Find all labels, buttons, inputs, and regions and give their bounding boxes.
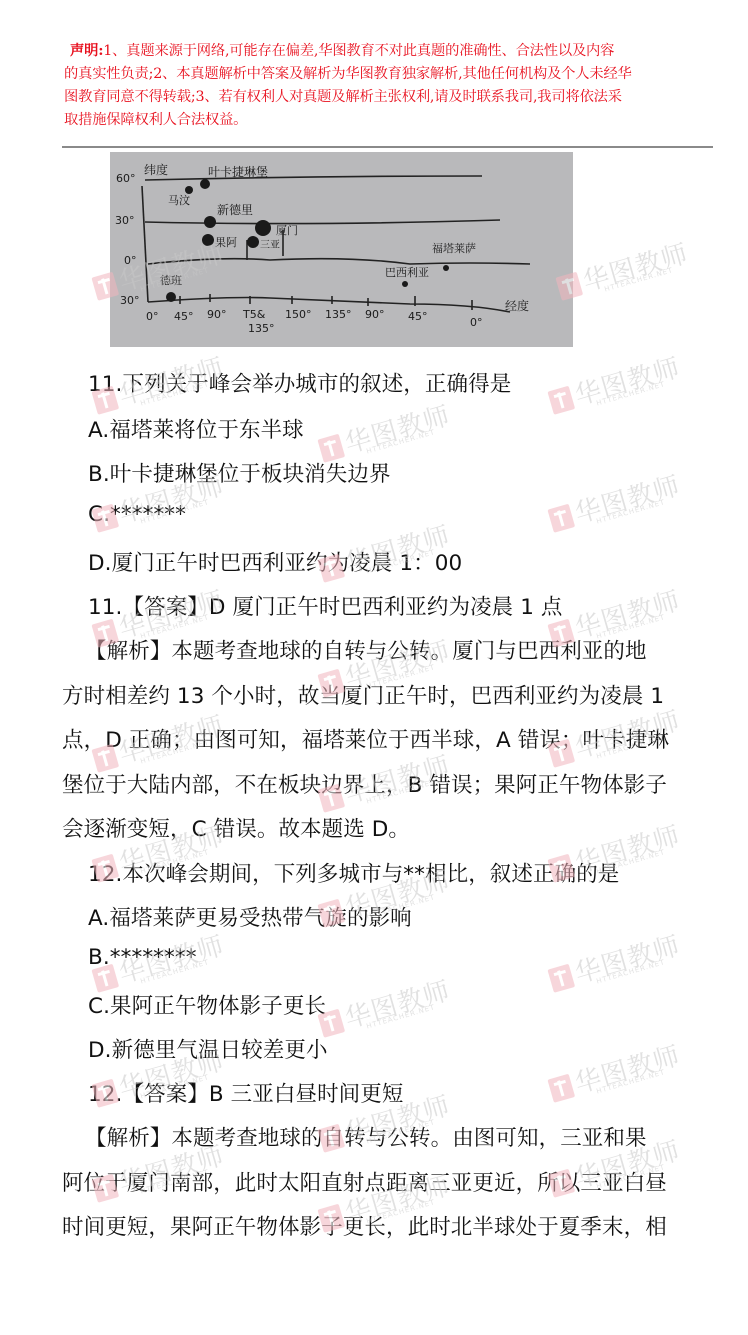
q12-option-c: C.果阿正午物体影子更长	[88, 989, 326, 1020]
svg-text:T5&: T5&	[242, 308, 266, 321]
q11-option-b: B.叶卡捷琳堡位于板块消失边界	[88, 457, 391, 488]
svg-text:经度: 经度	[505, 298, 529, 313]
q11-option-d: D.厦门正午时巴西利亚约为凌晨 1：00	[88, 546, 462, 577]
watermark: 华图教师HTTEACHER.NET	[545, 922, 692, 1003]
watermark: 华图教师HTTEACHER.NET	[545, 1032, 692, 1113]
watermark-logo-icon	[547, 964, 575, 993]
svg-text:纬度: 纬度	[144, 162, 168, 177]
q12-answer: 12.【答案】B 三亚白昼时间更短	[88, 1077, 403, 1108]
q12-option-b: B.********	[88, 945, 197, 970]
svg-text:果阿: 果阿	[215, 236, 237, 249]
diagram-svg: 60° 30° 0° 30° 纬度 经度 叶卡捷琳堡 马汶 新德里 厦门 果阿 …	[110, 152, 573, 347]
disclaimer-line-2: 的真实性负责;2、本真题解析中答案及解析为华图教育独家解析,其他任何机构及个人未…	[64, 63, 714, 86]
svg-text:厦门: 厦门	[276, 223, 298, 237]
q12-analysis-line: 【解析】本题考查地球的自转与公转。由图可知，三亚和果	[85, 1121, 737, 1152]
q11-analysis-line: 【解析】本题考查地球的自转与公转。厦门与巴西利亚的地	[85, 634, 737, 665]
svg-text:0°: 0°	[124, 254, 137, 267]
q11-option-a: A.福塔莱将位于东半球	[88, 413, 304, 444]
q12-option-a: A.福塔莱萨更易受热带气旋的影响	[88, 901, 412, 932]
watermark: 华图教师HTTEACHER.NET	[315, 967, 462, 1048]
watermark: 华图教师HTTEACHER.NET	[545, 462, 692, 543]
svg-text:新德里: 新德里	[217, 203, 253, 217]
q11-analysis-line: 方时相差约 13 个小时，故当厦门正午时，巴西利亚约为凌晨 1	[62, 679, 714, 710]
svg-text:叶卡捷琳堡: 叶卡捷琳堡	[208, 164, 268, 179]
watermark: 华图教师HTTEACHER.NET	[545, 344, 692, 425]
disclaimer-line-4: 取措施保障权利人合法权益。	[64, 109, 714, 132]
svg-text:30°: 30°	[115, 214, 135, 227]
watermark: 华图教师HTTEACHER.NET	[553, 230, 700, 311]
svg-text:150°: 150°	[285, 308, 312, 321]
q12-stem: 12.本次峰会期间，下列多城市与**相比，叙述正确的是	[88, 857, 619, 888]
q11-stem: 11.下列关于峰会举办城市的叙述，正确得是	[88, 367, 511, 398]
q11-analysis-line: 会逐渐变短，C 错误。故本题选 D。	[62, 812, 714, 843]
disclaimer-line-3: 图教育同意不得转载;3、若有权利人对真题及解析主张权利,请及时联系我司,我司将依…	[64, 86, 714, 109]
svg-text:三亚: 三亚	[260, 239, 280, 251]
svg-text:0°: 0°	[146, 310, 159, 323]
svg-text:福塔莱萨: 福塔莱萨	[432, 241, 476, 255]
svg-text:巴西利亚: 巴西利亚	[385, 265, 429, 279]
watermark-logo-icon	[547, 1074, 575, 1103]
svg-text:马汶: 马汶	[168, 194, 190, 207]
q12-analysis-line: 阿位于厦门南部，此时太阳直射点距离三亚更近，所以三亚白昼	[62, 1166, 714, 1197]
q11-answer: 11.【答案】D 厦门正午时巴西利亚约为凌晨 1 点	[88, 590, 563, 621]
svg-text:45°: 45°	[408, 310, 428, 323]
header-divider	[62, 146, 713, 148]
svg-text:90°: 90°	[207, 308, 227, 321]
svg-text:45°: 45°	[174, 310, 194, 323]
q11-analysis-line: 点，D 正确；由图可知，福塔莱位于西半球，A 错误；叶卡捷琳	[62, 723, 714, 754]
svg-text:135°: 135°	[325, 308, 352, 321]
watermark-logo-icon	[547, 504, 575, 533]
watermark-logo-icon	[547, 386, 575, 415]
disclaimer: 声明:1、真题来源于网络,可能存在偏差,华图教育不对此真题的准确性、合法性以及内…	[64, 40, 714, 132]
svg-text:德班: 德班	[160, 273, 182, 287]
svg-text:135°: 135°	[248, 322, 275, 335]
q12-option-d: D.新德里气温日较差更小	[88, 1033, 328, 1064]
disclaimer-line-1: 声明:1、真题来源于网络,可能存在偏差,华图教育不对此真题的准确性、合法性以及内…	[64, 40, 714, 63]
q12-analysis-line: 时间更短，果阿正午物体影子更长，此时北半球处于夏季末，相	[62, 1210, 714, 1241]
svg-text:0°: 0°	[470, 316, 483, 329]
svg-text:30°: 30°	[120, 294, 140, 307]
q11-analysis-line: 堡位于大陆内部，不在板块边界上，B 错误；果阿正午物体影子	[62, 768, 714, 799]
svg-text:60°: 60°	[116, 172, 136, 185]
q11-option-c: C.*******	[88, 502, 186, 527]
city-location-diagram: 60° 30° 0° 30° 纬度 经度 叶卡捷琳堡 马汶 新德里 厦门 果阿 …	[110, 152, 573, 347]
disclaimer-lead: 声明:	[70, 43, 103, 59]
svg-text:90°: 90°	[365, 308, 385, 321]
